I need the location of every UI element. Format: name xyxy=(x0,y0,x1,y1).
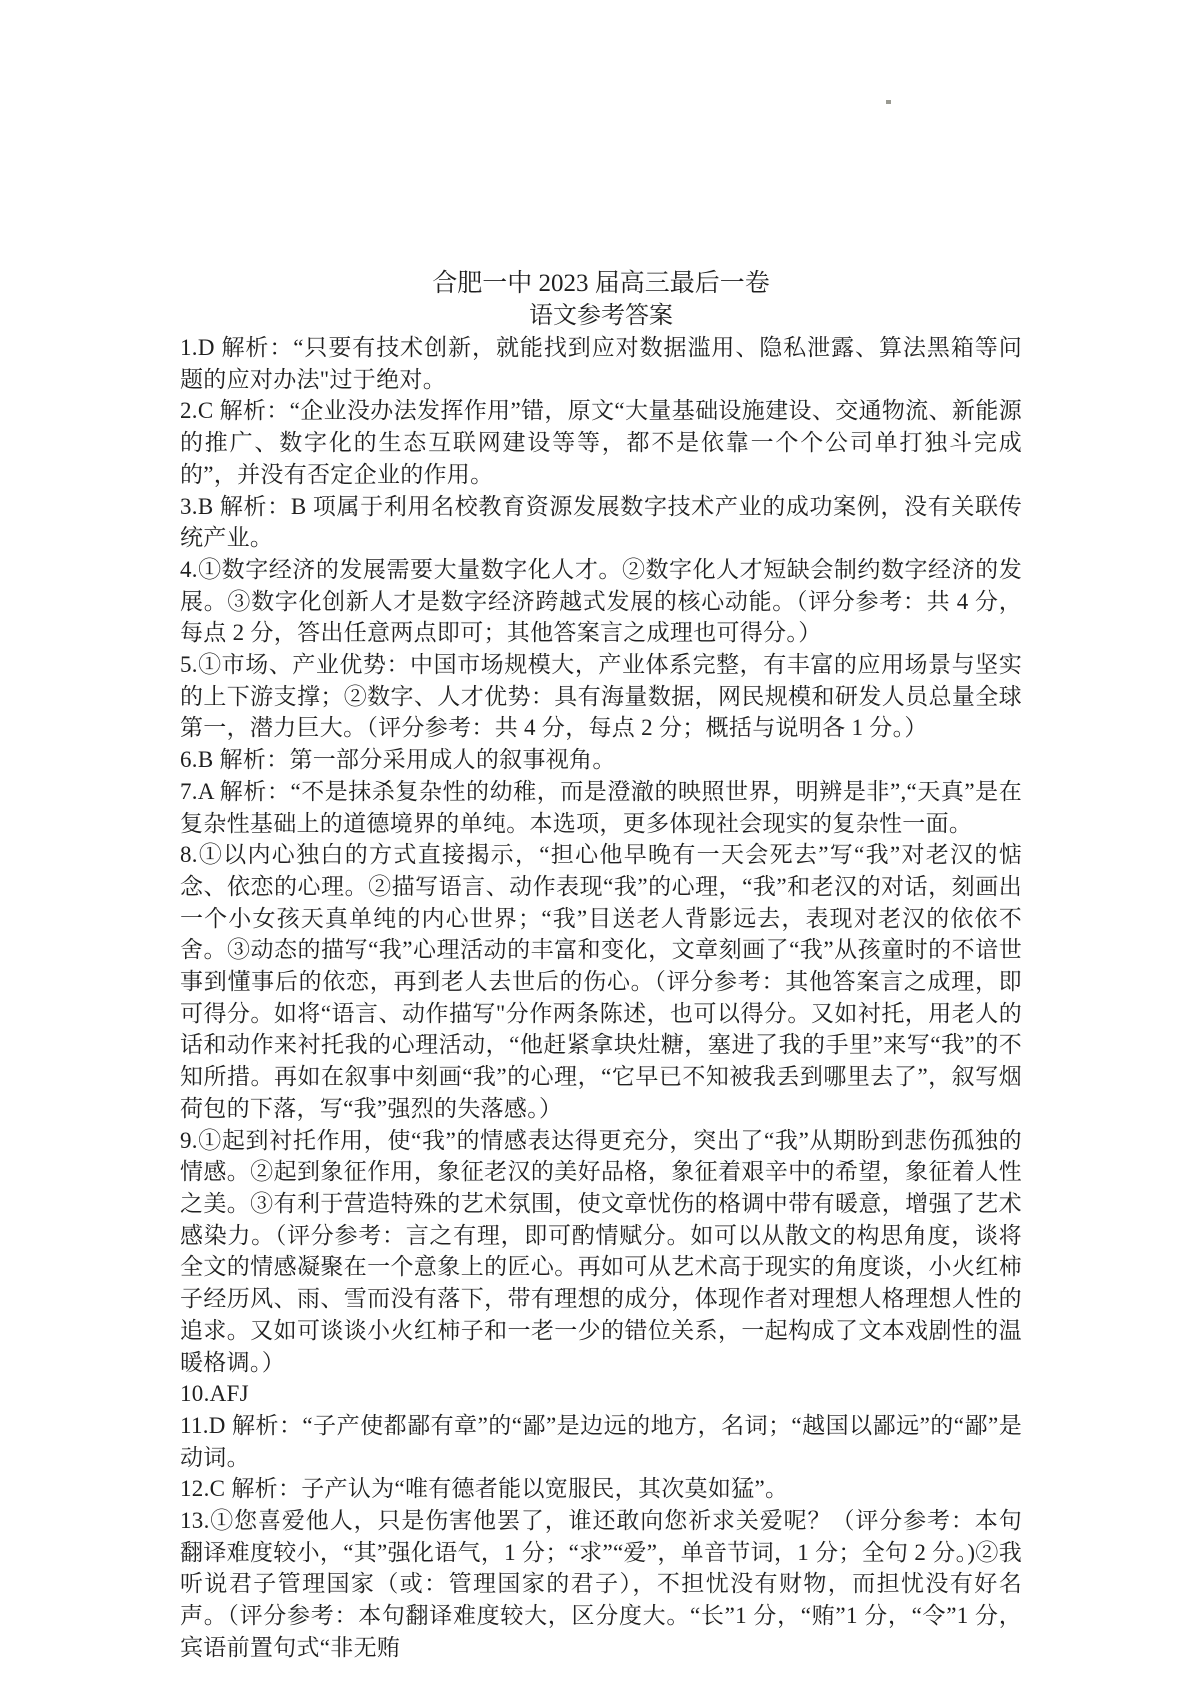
answer-paragraph: 2.C 解析：“企业没办法发挥作用”错，原文“大量基础设施建设、交通物流、新能源… xyxy=(180,395,1022,490)
answer-paragraph: 5.①市场、产业优势：中国市场规模大，产业体系完整，有丰富的应用场景与坚实的上下… xyxy=(180,649,1022,744)
answer-paragraph: 6.B 解析：第一部分采用成人的叙事视角。 xyxy=(180,744,1022,776)
answer-paragraph: 3.B 解析：B 项属于利用名校教育资源发展数字技术产业的成功案例，没有关联传统… xyxy=(180,491,1022,554)
answer-paragraph: 7.A 解析：“不是抹杀复杂性的幼稚，而是澄澈的映照世界，明辨是非”,“天真”是… xyxy=(180,776,1022,839)
document-title: 合肥一中 2023 届高三最后一卷 xyxy=(180,268,1022,300)
answer-paragraph: 4.①数字经济的发展需要大量数字化人才。②数字化人才短缺会制约数字经济的发展。③… xyxy=(180,554,1022,649)
answer-paragraph: 11.D 解析：“子产使都鄙有章”的“鄙”是边远的地方，名词；“越国以鄙远”的“… xyxy=(180,1410,1022,1473)
scan-artifact-dot xyxy=(886,100,891,104)
answer-paragraph: 9.①起到衬托作用，使“我”的情感表达得更充分，突出了“我”从期盼到悲伤孤独的情… xyxy=(180,1125,1022,1379)
answer-paragraph: 8.①以内心独白的方式直接揭示，“担心他早晚有一天会死去”写“我”对老汉的惦念、… xyxy=(180,839,1022,1124)
document-subtitle: 语文参考答案 xyxy=(180,300,1022,332)
document-page: 合肥一中 2023 届高三最后一卷 语文参考答案 1.D 解析：“只要有技术创新… xyxy=(0,0,1200,1698)
answer-paragraph: 13.①您喜爱他人，只是伤害他罢了，谁还敢向您祈求关爱呢？（评分参考：本句翻译难… xyxy=(180,1505,1022,1664)
answer-paragraph: 1.D 解析：“只要有技术创新，就能找到应对数据滥用、隐私泄露、算法黑箱等问题的… xyxy=(180,332,1022,395)
answer-paragraph: 10.AFJ xyxy=(180,1378,1022,1410)
answer-list: 1.D 解析：“只要有技术创新，就能找到应对数据滥用、隐私泄露、算法黑箱等问题的… xyxy=(180,332,1022,1664)
answer-paragraph: 12.C 解析：子产认为“唯有德者能以宽服民，其次莫如猛”。 xyxy=(180,1473,1022,1505)
document-content: 合肥一中 2023 届高三最后一卷 语文参考答案 1.D 解析：“只要有技术创新… xyxy=(180,268,1022,1664)
